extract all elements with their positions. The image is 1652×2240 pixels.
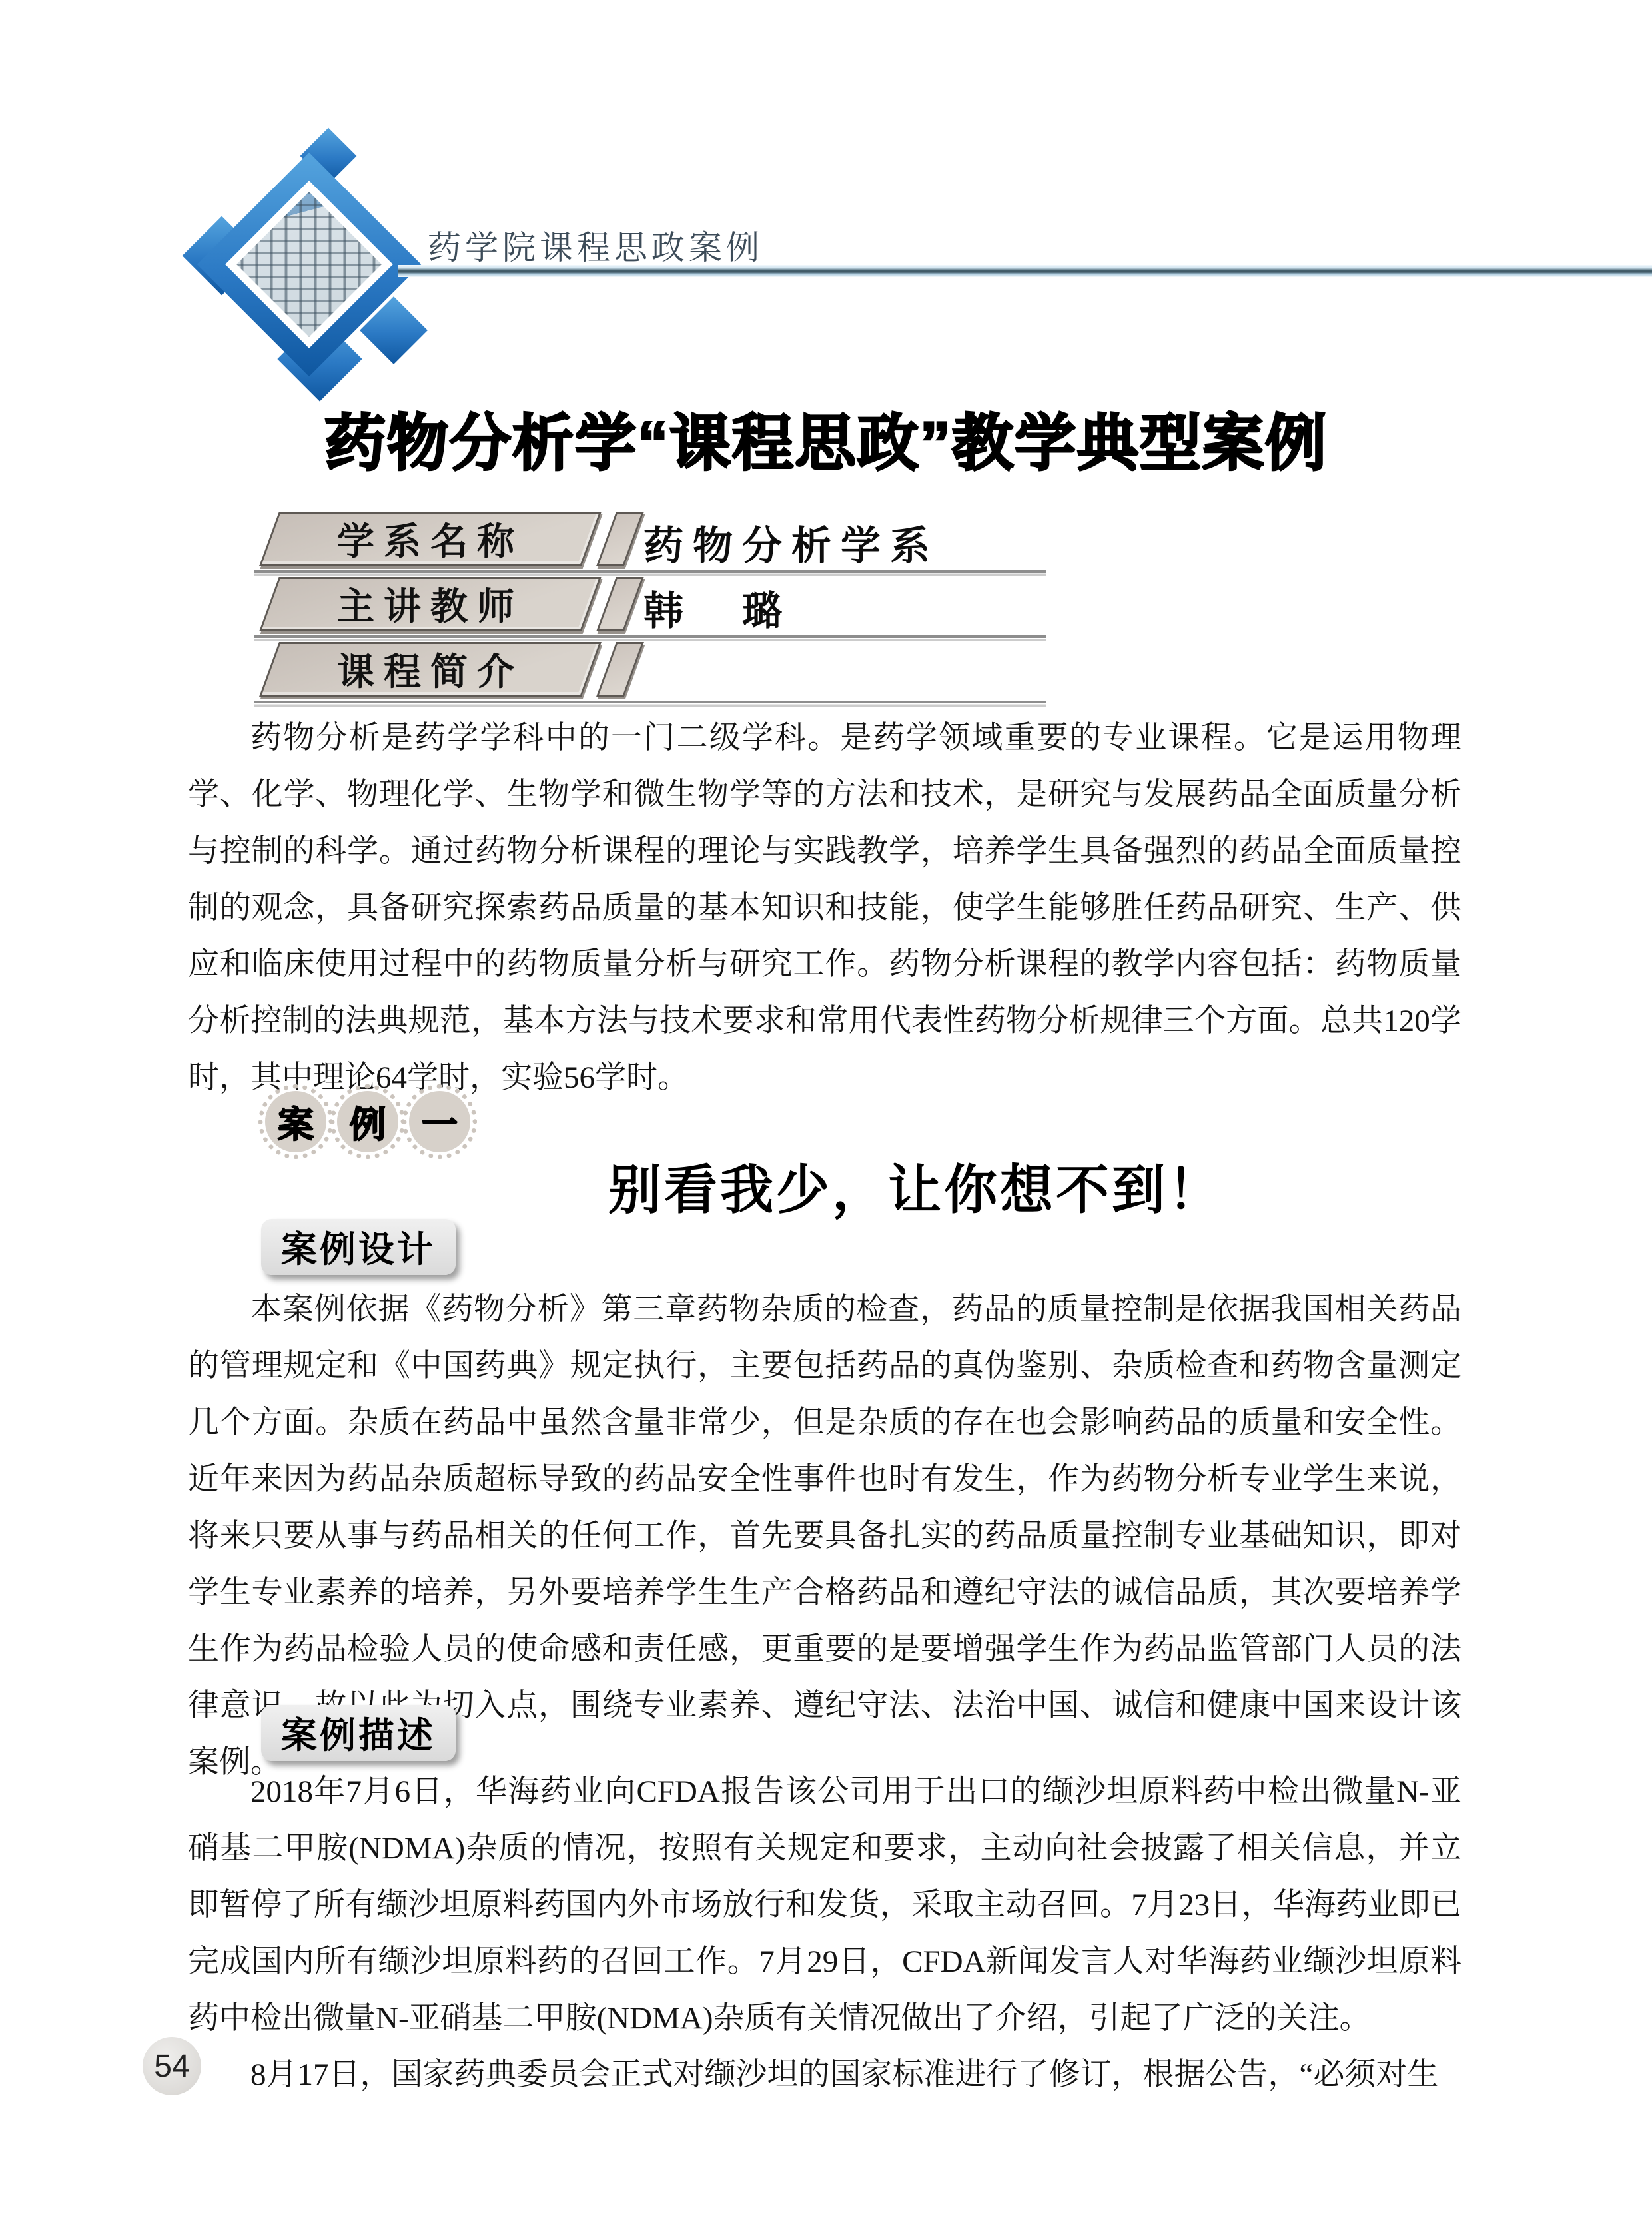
badge-gear-2: 例 bbox=[337, 1091, 398, 1152]
document-page: 药学院课程思政案例 药物分析学“课程思政”教学典型案例 学系名称 药物分析学系 … bbox=[0, 0, 1652, 2240]
slash-decoration bbox=[596, 512, 644, 566]
course-intro-paragraph: 药物分析是药学学科中的一门二级学科。是药学领域重要的专业课程。它是运用物理学、化… bbox=[188, 710, 1461, 1106]
row-underline bbox=[254, 701, 1046, 707]
building-photo bbox=[236, 192, 382, 337]
case-description-paragraph-2: 8月17日，国家药典委员会正式对缬沙坦的国家标准进行了修订，根据公告，“必须对生 bbox=[188, 2047, 1461, 2103]
course-info-rows: 学系名称 药物分析学系 主讲教师 韩 璐 课程简介 bbox=[260, 512, 1326, 707]
department-label: 学系名称 bbox=[337, 512, 524, 565]
case-description-paragraphs: 2018年7月6日，华海药业向CFDA报告该公司用于出口的缬沙坦原料药中检出微量… bbox=[188, 1764, 1461, 2103]
info-row-department: 学系名称 药物分析学系 bbox=[260, 512, 1326, 577]
slash-decoration bbox=[596, 577, 644, 631]
row-underline bbox=[254, 635, 1046, 641]
building-photo-fill bbox=[236, 192, 382, 337]
case-design-label: 案例设计 bbox=[281, 1221, 436, 1272]
department-value: 药物分析学系 bbox=[643, 514, 939, 571]
badge-gear-3: 一 bbox=[409, 1091, 470, 1152]
teacher-label: 主讲教师 bbox=[337, 577, 524, 631]
case-description-label: 案例描述 bbox=[281, 1707, 436, 1758]
course-intro-label-bar: 课程简介 bbox=[259, 642, 602, 697]
info-row-course-intro: 课程简介 bbox=[260, 642, 1326, 707]
header-rule-line bbox=[398, 265, 1652, 277]
slash-decoration bbox=[596, 642, 644, 697]
info-row-teacher: 主讲教师 韩 璐 bbox=[260, 577, 1326, 642]
course-intro-label: 课程简介 bbox=[337, 643, 524, 696]
page-title: 药物分析学“课程思政”教学典型案例 bbox=[0, 394, 1652, 482]
section-label-case-design: 案例设计 bbox=[261, 1219, 456, 1275]
section-label-case-description: 案例描述 bbox=[261, 1705, 456, 1761]
teacher-value: 韩 璐 bbox=[643, 579, 791, 637]
case-title: 别看我少，让你想不到！ bbox=[406, 1147, 1426, 1224]
case-one-badge: 案 例 一 bbox=[265, 1091, 470, 1152]
badge-gear-1: 案 bbox=[265, 1091, 326, 1152]
school-logo bbox=[190, 128, 420, 394]
department-label-bar: 学系名称 bbox=[259, 512, 602, 566]
header-title: 药学院课程思政案例 bbox=[428, 221, 763, 269]
case-description-paragraph-1: 2018年7月6日，华海药业向CFDA报告该公司用于出口的缬沙坦原料药中检出微量… bbox=[188, 1764, 1461, 2047]
page-number-badge: 54 bbox=[143, 2037, 201, 2095]
page-number: 54 bbox=[154, 2048, 189, 2085]
row-underline bbox=[254, 570, 1046, 576]
teacher-label-bar: 主讲教师 bbox=[259, 577, 602, 631]
